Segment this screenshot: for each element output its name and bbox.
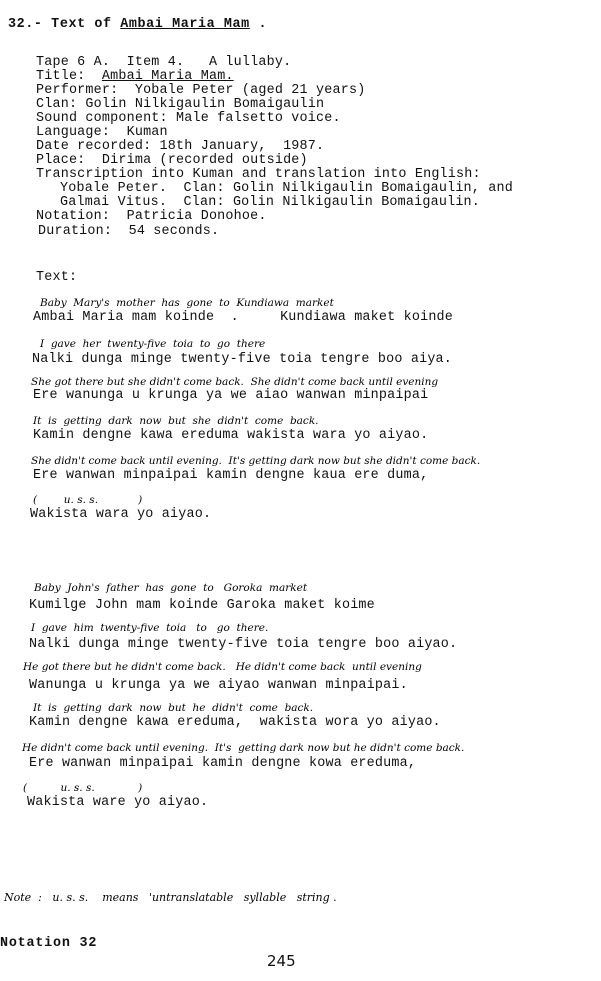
text-label: Text:: [36, 271, 77, 285]
verse2-english-5: He didn't come back until evening. It's …: [22, 742, 464, 754]
verse2-english-4: It is getting dark now but he didn't com…: [33, 702, 313, 714]
document-heading: 32.- Text of Ambai Maria Mam .: [8, 18, 267, 32]
heading-prefix: 32.- Text of: [8, 17, 120, 32]
place-line: Place: Dirima (recorded outside): [36, 154, 308, 168]
verse1-english-3: She got there but she didn't come back. …: [31, 376, 438, 388]
transcription-line: Transcription into Kuman and translation…: [36, 168, 481, 182]
verse2-kuman-3: Wanunga u krunga ya we aiyao wanwan minp…: [29, 679, 408, 693]
verse1-english-2: I gave her twenty-five toia to go there: [40, 338, 265, 350]
sound-component-line: Sound component: Male falsetto voice.: [36, 112, 341, 126]
footer-label: Notation 32: [0, 937, 97, 951]
language-line: Language: Kuman: [36, 126, 168, 140]
verse1-kuman-4: Kamin dengne kawa ereduma wakista wara y…: [33, 429, 428, 443]
verse1-kuman-1: Ambai Maria mam koinde . Kundiawa maket …: [33, 311, 453, 325]
verse1-kuman-2: Nalki dunga minge twenty-five toia tengr…: [32, 353, 452, 367]
verse2-kuman-4: Kamin dengne kawa ereduma, wakista wora …: [29, 716, 441, 730]
verse1-english-4: It is getting dark now but she didn't co…: [33, 415, 319, 427]
verse1-kuman-6: Wakista wara yo aiyao.: [30, 508, 211, 522]
page-number: 245: [267, 952, 296, 970]
transcriber-2: Galmai Vitus. Clan: Golin Nilkigaulin Bo…: [60, 196, 480, 210]
title-value: Ambai Maria Mam.: [102, 69, 234, 84]
verse2-english-3: He got there but he didn't come back. He…: [23, 661, 422, 673]
duration-line: Duration: 54 seconds.: [38, 225, 219, 239]
clan-line: Clan: Golin Nilkigaulin Bomaigaulin: [36, 98, 324, 112]
tape-item-line: Tape 6 A. Item 4. A lullaby.: [36, 56, 291, 70]
verse1-uss-marker: ( u. s. s. ): [33, 494, 142, 506]
notation-line: Notation: Patricia Donohoe.: [36, 210, 267, 224]
performer-line: Performer: Yobale Peter (aged 21 years): [36, 84, 365, 98]
heading-suffix: .: [250, 17, 267, 32]
uss-note: Note : u. s. s. means 'untranslatable sy…: [4, 892, 337, 904]
verse2-uss-marker: ( u. s. s. ): [23, 782, 142, 794]
verse2-kuman-5: Ere wanwan minpaipai kamin dengne kowa e…: [29, 757, 416, 771]
heading-song-title: Ambai Maria Mam: [120, 17, 250, 32]
verse2-english-1: Baby John's father has gone to Goroka ma…: [34, 582, 307, 594]
transcriber-1: Yobale Peter. Clan: Golin Nilkigaulin Bo…: [60, 182, 513, 196]
verse1-kuman-3: Ere wanunga u krunga ya we aiao wanwan m…: [33, 389, 428, 403]
verse2-english-2: I gave him twenty-five toia to go there.: [31, 622, 268, 634]
verse1-english-5: She didn't come back until evening. It's…: [31, 455, 480, 467]
title-label: Title:: [36, 69, 102, 84]
date-recorded-line: Date recorded: 18th January, 1987.: [36, 140, 324, 154]
verse2-kuman-1: Kumilge John mam koinde Garoka maket koi…: [29, 599, 375, 613]
verse2-kuman-2: Nalki dunga minge twenty-five toia tengr…: [29, 638, 457, 652]
verse1-kuman-5: Ere wanwan minpaipai kamin dengne kaua e…: [33, 469, 428, 483]
title-line: Title: Ambai Maria Mam.: [36, 70, 234, 84]
verse2-kuman-6: Wakista ware yo aiyao.: [27, 796, 208, 810]
verse1-english-1: Baby Mary's mother has gone to Kundiawa …: [40, 297, 334, 309]
